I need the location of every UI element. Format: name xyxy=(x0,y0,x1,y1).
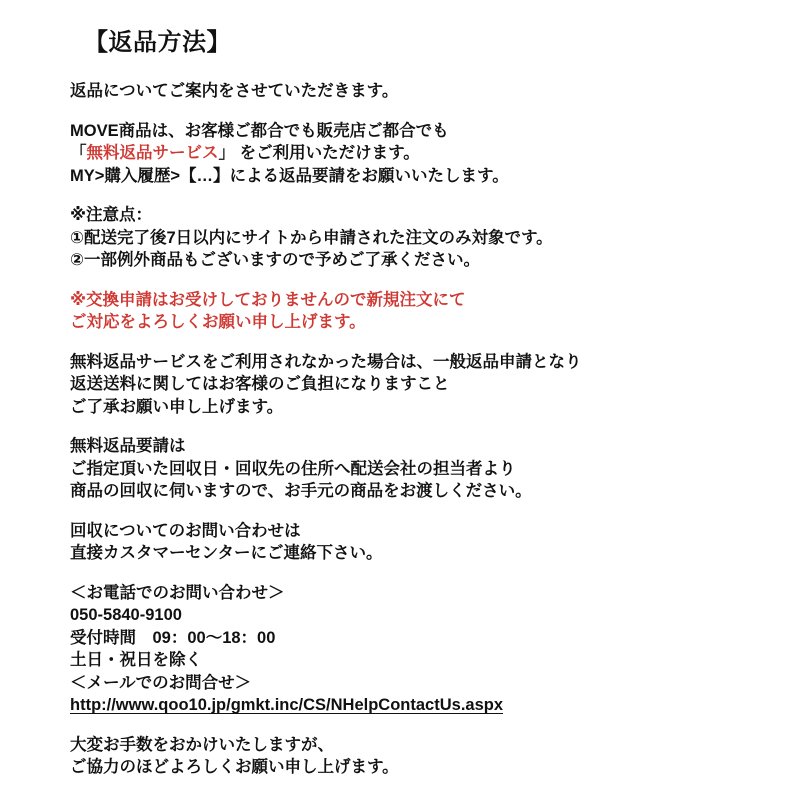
notes-item-1: ①配送完了後7日以内にサイトから申請された注文のみ対象です。 xyxy=(70,227,760,250)
move-service-paragraph: MOVE商品は、お客様ご都合でも販売店ご都合でも 「無料返品サービス」 をご利用… xyxy=(70,120,760,188)
phone-contact-heading: ＜お電話でのお問い合わせ＞ xyxy=(70,582,760,605)
open-bracket: 「 xyxy=(70,144,87,162)
contact-url-link[interactable]: http://www.qoo10.jp/gmkt.inc/CS/NHelpCon… xyxy=(70,696,503,714)
intro-line: 返品についてご案内をさせていただきます。 xyxy=(70,80,760,103)
move-line-2: 「無料返品サービス」 をご利用いただけます。 xyxy=(70,142,760,165)
pickup-line-1: 無料返品要請は xyxy=(70,435,760,458)
general-return-paragraph: 無料返品サービスをご利用されなかった場合は、一般返品申請となり 返送送料に関して… xyxy=(70,351,760,419)
phone-number: 050-5840-9100 xyxy=(70,604,760,627)
move-line-2-rest: 」 をご利用いただけます。 xyxy=(219,144,420,162)
contact-paragraph: ＜お電話でのお問い合わせ＞ 050-5840-9100 受付時間 09：00〜1… xyxy=(70,582,760,717)
pickup-line-2: ご指定頂いた回収日・回収先の住所へ配送会社の担当者より xyxy=(70,458,760,481)
contact-url-line: http://www.qoo10.jp/gmkt.inc/CS/NHelpCon… xyxy=(70,694,760,717)
closing-line-2: ご協力のほどよろしくお願い申し上げます。 xyxy=(70,756,760,779)
intro-paragraph: 返品についてご案内をさせていただきます。 xyxy=(70,80,760,103)
exchange-warning-line-1: ※交換申請はお受けしておりませんので新規注文にて xyxy=(70,289,760,312)
notes-paragraph: ※注意点： ①配送完了後7日以内にサイトから申請された注文のみ対象です。 ②一部… xyxy=(70,204,760,272)
pickup-line-3: 商品の回収に伺いますので、お手元の商品をお渡しください。 xyxy=(70,480,760,503)
notes-heading: ※注意点： xyxy=(70,204,760,227)
closed-days: 土日・祝日を除く xyxy=(70,649,760,672)
closing-line-1: 大変お手数をおかけいたしますが、 xyxy=(70,734,760,757)
exchange-warning-line-2: ご対応をよろしくお願い申し上げます。 xyxy=(70,311,760,334)
page-title: 【返品方法】 xyxy=(84,28,760,58)
move-line-1: MOVE商品は、お客様ご都合でも販売店ご都合でも xyxy=(70,120,760,143)
inquiry-paragraph: 回収についてのお問い合わせは 直接カスタマーセンターにご連絡下さい。 xyxy=(70,520,760,565)
exchange-warning-paragraph: ※交換申請はお受けしておりませんので新規注文にて ご対応をよろしくお願い申し上げ… xyxy=(70,289,760,334)
inquiry-line-2: 直接カスタマーセンターにご連絡下さい。 xyxy=(70,542,760,565)
mail-contact-heading: ＜メールでのお問合せ＞ xyxy=(70,672,760,695)
closing-paragraph: 大変お手数をおかけいたしますが、 ご協力のほどよろしくお願い申し上げます。 xyxy=(70,734,760,779)
inquiry-line-1: 回収についてのお問い合わせは xyxy=(70,520,760,543)
pickup-paragraph: 無料返品要請は ご指定頂いた回収日・回収先の住所へ配送会社の担当者より 商品の回… xyxy=(70,435,760,503)
free-return-service-highlight: 無料返品サービス xyxy=(87,144,219,162)
general-return-line-3: ご了承お願い申し上げます。 xyxy=(70,396,760,419)
general-return-line-2: 返送送料に関してはお客様のご負担になりますこと xyxy=(70,373,760,396)
move-line-3: MY>購入履歴>【…】による返品要請をお願いいたします。 xyxy=(70,165,760,188)
notes-item-2: ②一部例外商品もございますので予めご了承ください。 xyxy=(70,249,760,272)
business-hours: 受付時間 09：00〜18：00 xyxy=(70,627,760,650)
general-return-line-1: 無料返品サービスをご利用されなかった場合は、一般返品申請となり xyxy=(70,351,760,374)
